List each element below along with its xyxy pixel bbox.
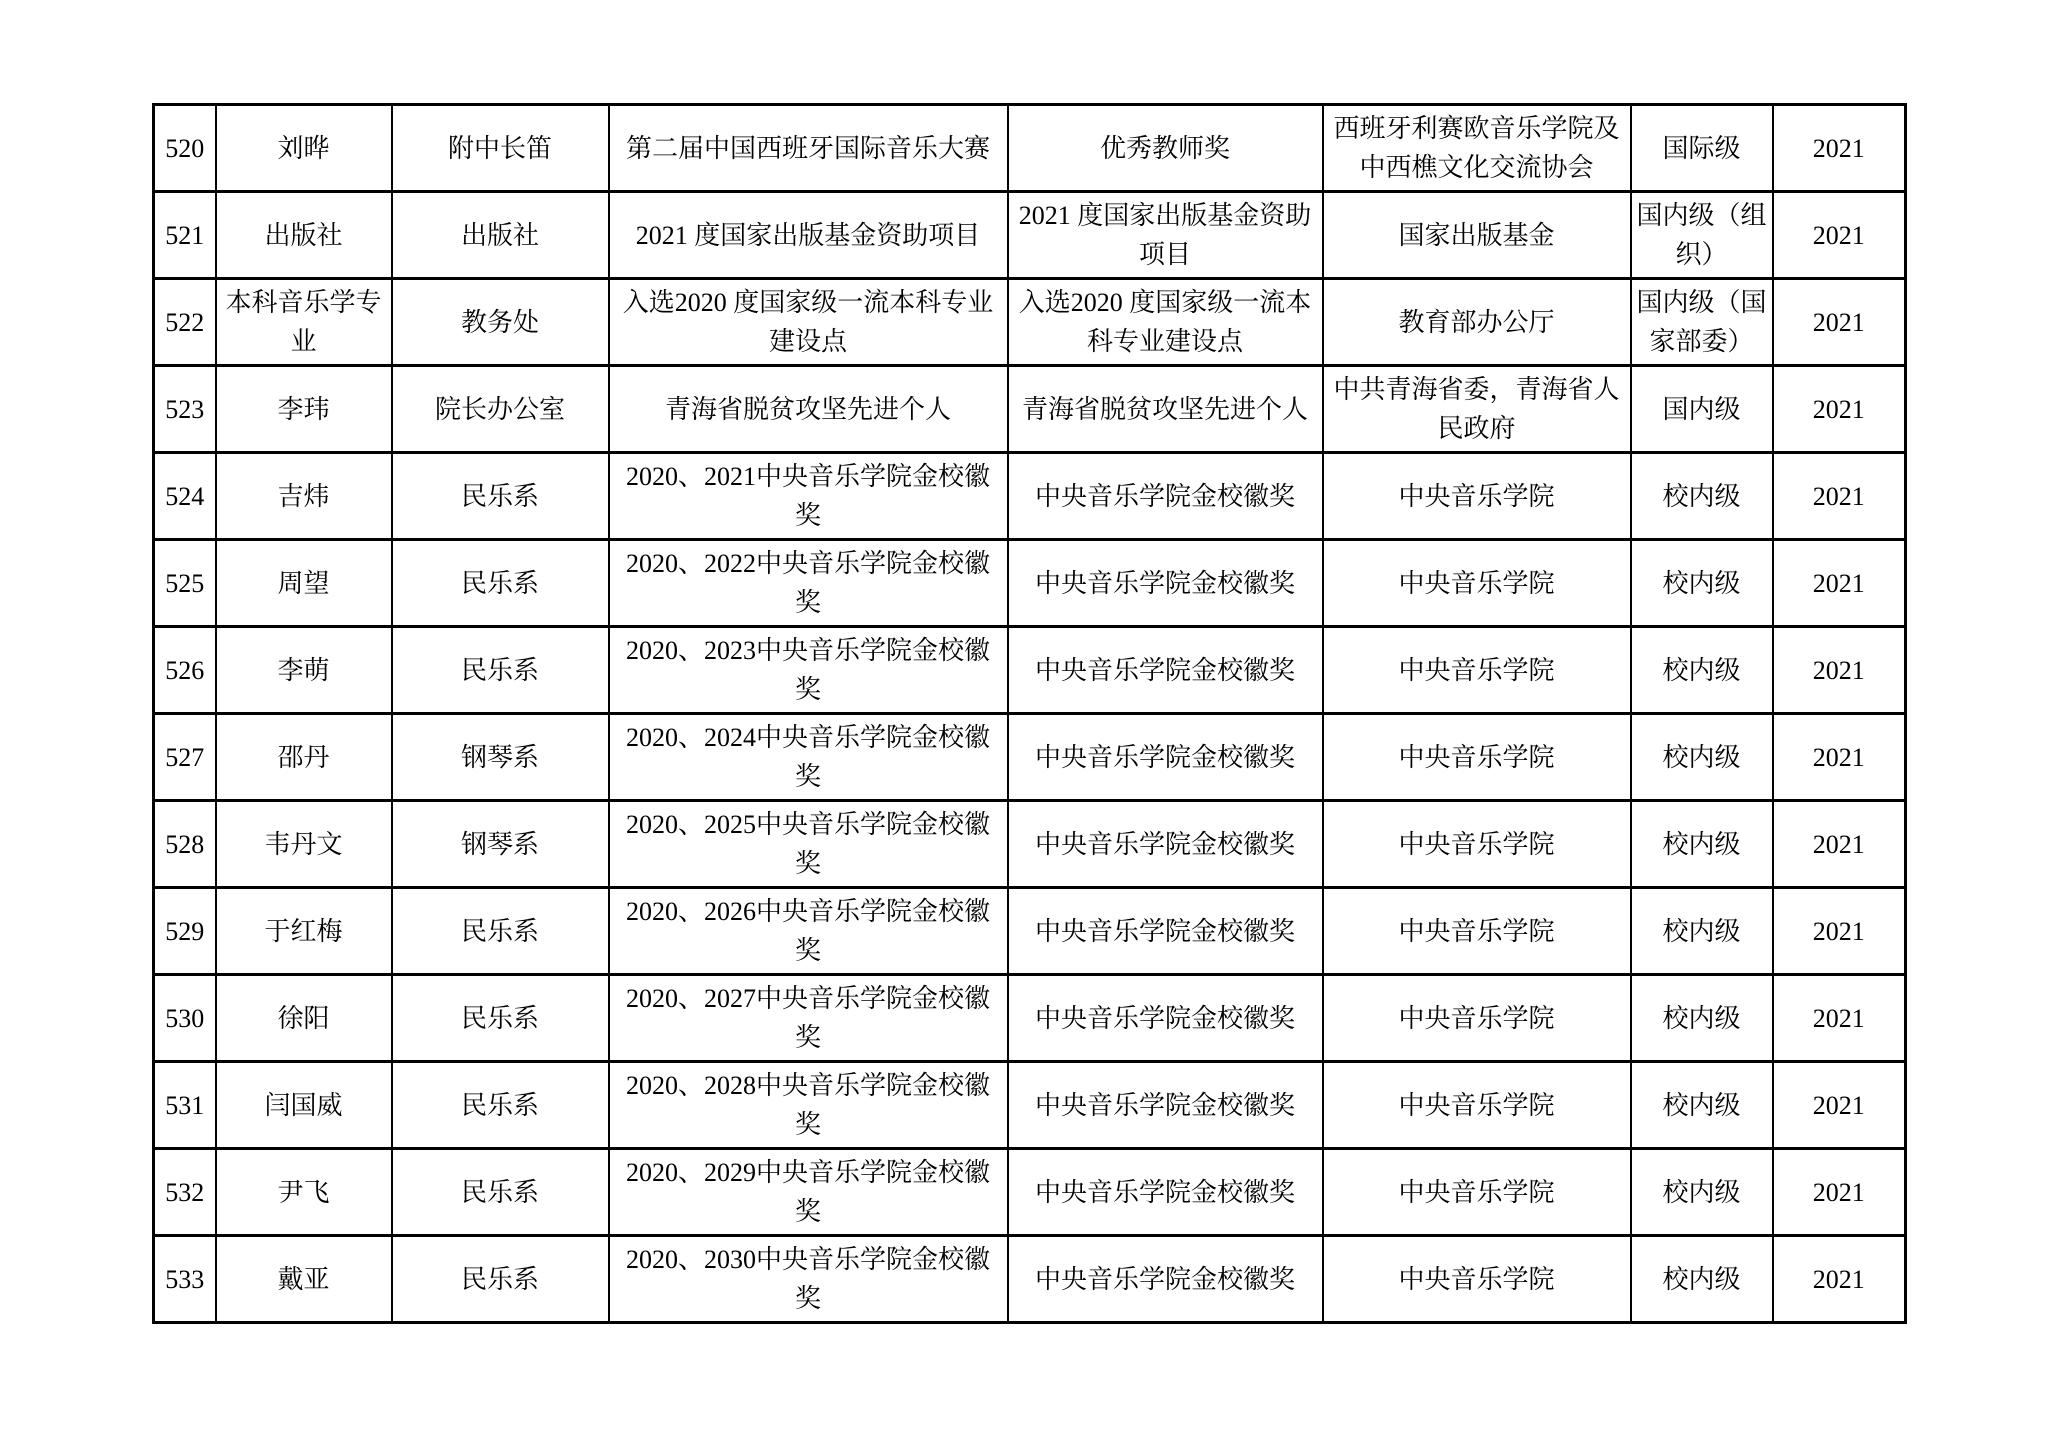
award-year-cell: 2021 [1773,801,1906,888]
award-name-cell: 第二届中国西班牙国际音乐大赛 [609,105,1008,192]
award-name-cell: 2020、2022中央音乐学院金校徽奖 [609,540,1008,627]
serial-number-cell: 522 [154,279,216,366]
table-row: 531闫国威民乐系2020、2028中央音乐学院金校徽奖中央音乐学院金校徽奖中央… [154,1062,1906,1149]
serial-number-cell: 527 [154,714,216,801]
awardee-name-cell: 韦丹文 [216,801,392,888]
table-row: 533戴亚民乐系2020、2030中央音乐学院金校徽奖中央音乐学院金校徽奖中央音… [154,1236,1906,1323]
serial-number-cell: 531 [154,1062,216,1149]
award-title-cell: 中央音乐学院金校徽奖 [1008,453,1323,540]
department-cell: 民乐系 [392,627,609,714]
table-row: 527邵丹钢琴系2020、2024中央音乐学院金校徽奖中央音乐学院金校徽奖中央音… [154,714,1906,801]
award-name-cell: 2021 度国家出版基金资助项目 [609,192,1008,279]
serial-number-cell: 525 [154,540,216,627]
department-cell: 民乐系 [392,1062,609,1149]
awarding-organization-cell: 中共青海省委，青海省人民政府 [1323,366,1631,453]
award-name-cell: 入选2020 度国家级一流本科专业建设点 [609,279,1008,366]
award-title-cell: 中央音乐学院金校徽奖 [1008,1236,1323,1323]
award-title-cell: 青海省脱贫攻坚先进个人 [1008,366,1323,453]
award-title-cell: 2021 度国家出版基金资助项目 [1008,192,1323,279]
award-year-cell: 2021 [1773,540,1906,627]
award-title-cell: 中央音乐学院金校徽奖 [1008,801,1323,888]
awardee-name-cell: 本科音乐学专业 [216,279,392,366]
award-level-cell: 校内级 [1631,1236,1773,1323]
table-row: 530徐阳民乐系2020、2027中央音乐学院金校徽奖中央音乐学院金校徽奖中央音… [154,975,1906,1062]
award-level-cell: 校内级 [1631,888,1773,975]
awarding-organization-cell: 中央音乐学院 [1323,540,1631,627]
award-level-cell: 国际级 [1631,105,1773,192]
award-level-cell: 校内级 [1631,453,1773,540]
table-row: 522本科音乐学专业教务处入选2020 度国家级一流本科专业建设点入选2020 … [154,279,1906,366]
table-row: 532尹飞民乐系2020、2029中央音乐学院金校徽奖中央音乐学院金校徽奖中央音… [154,1149,1906,1236]
award-year-cell: 2021 [1773,192,1906,279]
awardee-name-cell: 尹飞 [216,1149,392,1236]
awards-table: 520刘晔附中长笛第二届中国西班牙国际音乐大赛优秀教师奖西班牙利赛欧音乐学院及中… [152,103,1907,1324]
award-year-cell: 2021 [1773,1062,1906,1149]
award-level-cell: 国内级（国家部委） [1631,279,1773,366]
award-year-cell: 2021 [1773,1236,1906,1323]
serial-number-cell: 524 [154,453,216,540]
awarding-organization-cell: 中央音乐学院 [1323,627,1631,714]
award-title-cell: 中央音乐学院金校徽奖 [1008,714,1323,801]
document-page: 520刘晔附中长笛第二届中国西班牙国际音乐大赛优秀教师奖西班牙利赛欧音乐学院及中… [0,0,2048,1449]
awarding-organization-cell: 中央音乐学院 [1323,1062,1631,1149]
award-year-cell: 2021 [1773,366,1906,453]
department-cell: 教务处 [392,279,609,366]
award-level-cell: 校内级 [1631,801,1773,888]
serial-number-cell: 532 [154,1149,216,1236]
awarding-organization-cell: 中央音乐学院 [1323,714,1631,801]
award-level-cell: 国内级 [1631,366,1773,453]
serial-number-cell: 528 [154,801,216,888]
awardee-name-cell: 周望 [216,540,392,627]
table-row: 526李萌民乐系2020、2023中央音乐学院金校徽奖中央音乐学院金校徽奖中央音… [154,627,1906,714]
award-year-cell: 2021 [1773,279,1906,366]
serial-number-cell: 529 [154,888,216,975]
table-row: 520刘晔附中长笛第二届中国西班牙国际音乐大赛优秀教师奖西班牙利赛欧音乐学院及中… [154,105,1906,192]
department-cell: 钢琴系 [392,714,609,801]
award-year-cell: 2021 [1773,714,1906,801]
award-year-cell: 2021 [1773,1149,1906,1236]
table-row: 523李玮院长办公室青海省脱贫攻坚先进个人青海省脱贫攻坚先进个人中共青海省委，青… [154,366,1906,453]
award-name-cell: 2020、2028中央音乐学院金校徽奖 [609,1062,1008,1149]
awardee-name-cell: 闫国威 [216,1062,392,1149]
award-title-cell: 入选2020 度国家级一流本科专业建设点 [1008,279,1323,366]
awardee-name-cell: 于红梅 [216,888,392,975]
awarding-organization-cell: 中央音乐学院 [1323,888,1631,975]
table-row: 521出版社出版社2021 度国家出版基金资助项目2021 度国家出版基金资助项… [154,192,1906,279]
awarding-organization-cell: 西班牙利赛欧音乐学院及中西樵文化交流协会 [1323,105,1631,192]
award-level-cell: 国内级（组织） [1631,192,1773,279]
department-cell: 民乐系 [392,1236,609,1323]
award-level-cell: 校内级 [1631,540,1773,627]
department-cell: 民乐系 [392,453,609,540]
department-cell: 民乐系 [392,888,609,975]
department-cell: 民乐系 [392,1149,609,1236]
department-cell: 出版社 [392,192,609,279]
table-row: 529于红梅民乐系2020、2026中央音乐学院金校徽奖中央音乐学院金校徽奖中央… [154,888,1906,975]
awardee-name-cell: 李萌 [216,627,392,714]
department-cell: 民乐系 [392,540,609,627]
awardee-name-cell: 戴亚 [216,1236,392,1323]
department-cell: 钢琴系 [392,801,609,888]
award-title-cell: 中央音乐学院金校徽奖 [1008,888,1323,975]
serial-number-cell: 526 [154,627,216,714]
awarding-organization-cell: 中央音乐学院 [1323,1149,1631,1236]
award-level-cell: 校内级 [1631,714,1773,801]
award-name-cell: 2020、2030中央音乐学院金校徽奖 [609,1236,1008,1323]
serial-number-cell: 533 [154,1236,216,1323]
serial-number-cell: 523 [154,366,216,453]
award-level-cell: 校内级 [1631,627,1773,714]
department-cell: 院长办公室 [392,366,609,453]
awarding-organization-cell: 教育部办公厅 [1323,279,1631,366]
award-name-cell: 青海省脱贫攻坚先进个人 [609,366,1008,453]
award-title-cell: 中央音乐学院金校徽奖 [1008,1062,1323,1149]
award-name-cell: 2020、2024中央音乐学院金校徽奖 [609,714,1008,801]
award-name-cell: 2020、2023中央音乐学院金校徽奖 [609,627,1008,714]
award-title-cell: 优秀教师奖 [1008,105,1323,192]
award-level-cell: 校内级 [1631,1149,1773,1236]
awardee-name-cell: 出版社 [216,192,392,279]
award-name-cell: 2020、2021中央音乐学院金校徽奖 [609,453,1008,540]
awarding-organization-cell: 中央音乐学院 [1323,1236,1631,1323]
award-year-cell: 2021 [1773,105,1906,192]
award-title-cell: 中央音乐学院金校徽奖 [1008,627,1323,714]
serial-number-cell: 520 [154,105,216,192]
serial-number-cell: 530 [154,975,216,1062]
awardee-name-cell: 李玮 [216,366,392,453]
award-title-cell: 中央音乐学院金校徽奖 [1008,975,1323,1062]
awardee-name-cell: 吉炜 [216,453,392,540]
award-title-cell: 中央音乐学院金校徽奖 [1008,1149,1323,1236]
award-level-cell: 校内级 [1631,1062,1773,1149]
awardee-name-cell: 邵丹 [216,714,392,801]
department-cell: 附中长笛 [392,105,609,192]
department-cell: 民乐系 [392,975,609,1062]
awardee-name-cell: 刘晔 [216,105,392,192]
awarding-organization-cell: 中央音乐学院 [1323,453,1631,540]
award-year-cell: 2021 [1773,453,1906,540]
table-row: 528韦丹文钢琴系2020、2025中央音乐学院金校徽奖中央音乐学院金校徽奖中央… [154,801,1906,888]
awarding-organization-cell: 国家出版基金 [1323,192,1631,279]
award-name-cell: 2020、2027中央音乐学院金校徽奖 [609,975,1008,1062]
award-title-cell: 中央音乐学院金校徽奖 [1008,540,1323,627]
awardee-name-cell: 徐阳 [216,975,392,1062]
awards-table-body: 520刘晔附中长笛第二届中国西班牙国际音乐大赛优秀教师奖西班牙利赛欧音乐学院及中… [154,105,1906,1323]
table-row: 525周望民乐系2020、2022中央音乐学院金校徽奖中央音乐学院金校徽奖中央音… [154,540,1906,627]
award-name-cell: 2020、2026中央音乐学院金校徽奖 [609,888,1008,975]
table-row: 524吉炜民乐系2020、2021中央音乐学院金校徽奖中央音乐学院金校徽奖中央音… [154,453,1906,540]
award-name-cell: 2020、2025中央音乐学院金校徽奖 [609,801,1008,888]
awarding-organization-cell: 中央音乐学院 [1323,801,1631,888]
awarding-organization-cell: 中央音乐学院 [1323,975,1631,1062]
award-level-cell: 校内级 [1631,975,1773,1062]
award-year-cell: 2021 [1773,888,1906,975]
award-year-cell: 2021 [1773,627,1906,714]
award-name-cell: 2020、2029中央音乐学院金校徽奖 [609,1149,1008,1236]
award-year-cell: 2021 [1773,975,1906,1062]
serial-number-cell: 521 [154,192,216,279]
